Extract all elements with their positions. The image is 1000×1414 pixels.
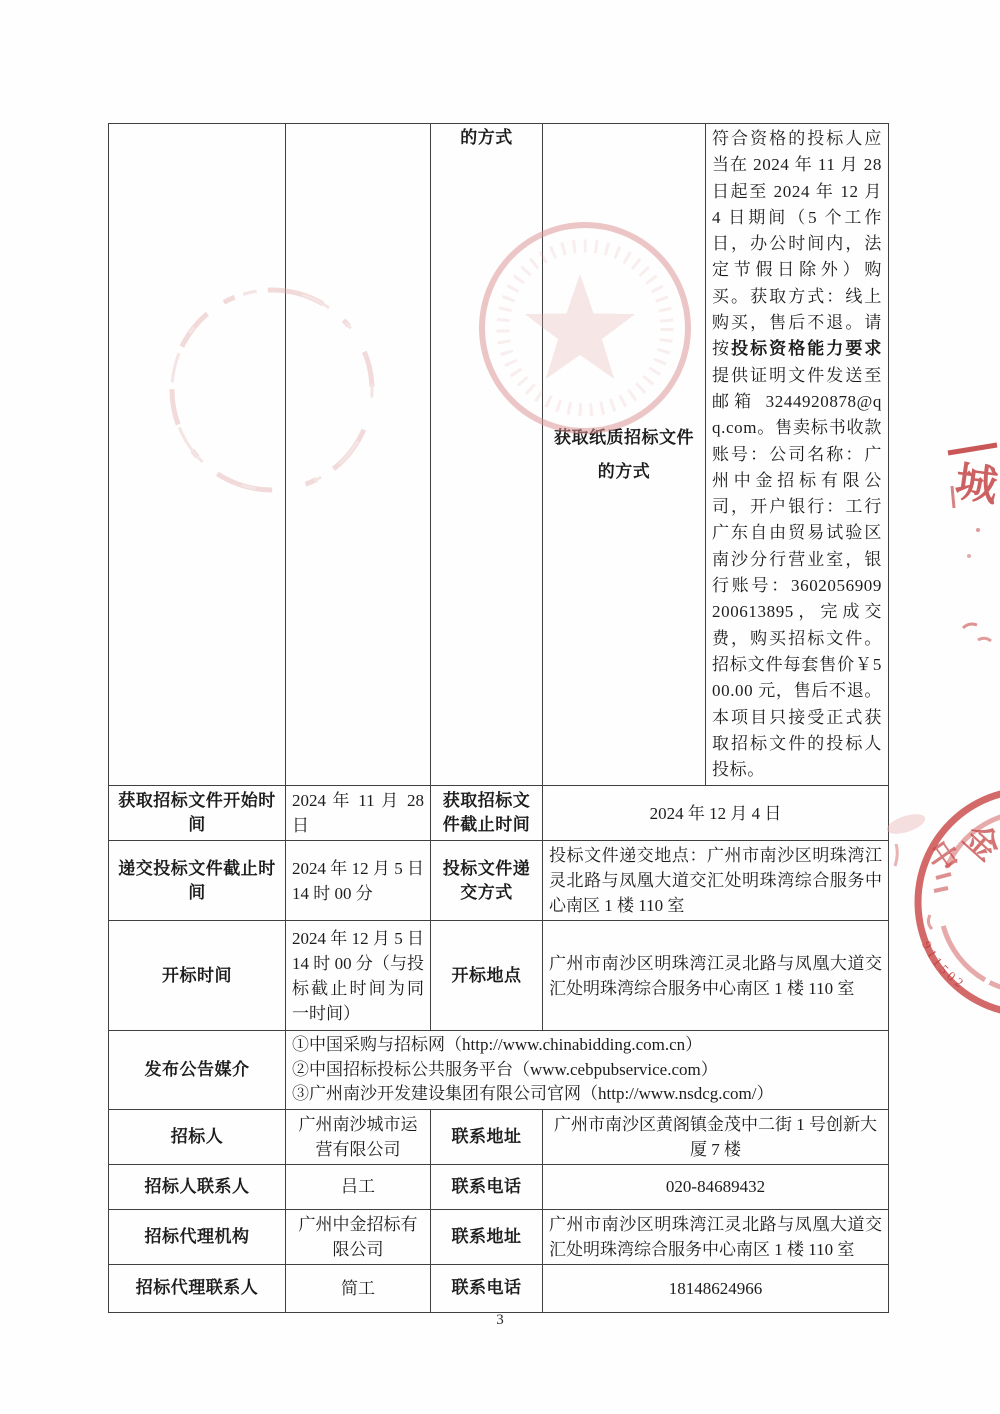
tenderer-address-label: 联系地址 xyxy=(431,1109,543,1164)
empty-cell xyxy=(286,124,431,786)
delivery-method-value: 投标文件递交地点：广州市南沙区明珠湾江灵北路与凤凰大道交汇处明珠湾综合服务中心南… xyxy=(543,841,889,921)
table-row-submission: 递交投标文件截止时间 2024 年 12 月 5 日 14 时 00 分 投标文… xyxy=(109,841,889,921)
tenderer-phone-value: 020-84689432 xyxy=(543,1164,889,1209)
empty-cell xyxy=(109,124,286,786)
opening-place-value: 广州市南沙区明珠湾江灵北路与凤凰大道交汇处明珠湾综合服务中心南区 1 楼 110… xyxy=(543,921,889,1031)
table-row-agency-contact: 招标代理联系人 简工 联系电话 18148624966 xyxy=(109,1264,889,1312)
table-row-media: 发布公告媒介 ①中国采购与招标网（http://www.chinabidding… xyxy=(109,1031,889,1110)
tenderer-contact-label: 招标人联系人 xyxy=(109,1164,286,1209)
paper-doc-method-label: 获取纸质招标文件的方式 xyxy=(543,124,706,786)
agency-address-value: 广州市南沙区明珠湾江灵北路与凤凰大道交汇处明珠湾综合服务中心南区 1 楼 110… xyxy=(543,1209,889,1264)
paragraph-part1: 符合资格的投标人应当在 2024 年 11 月 28 日起至 2024 年 12… xyxy=(712,129,882,358)
page-number: 3 xyxy=(0,1312,1000,1329)
doc-deadline-label: 获取招标文件截止时间 xyxy=(431,786,543,841)
table-row-continuation: 的方式 获取纸质招标文件的方式 符合资格的投标人应当在 2024 年 11 月 … xyxy=(109,124,889,786)
opening-time-label: 开标时间 xyxy=(109,921,286,1031)
media-list: ①中国采购与招标网（http://www.chinabidding.com.cn… xyxy=(286,1031,889,1110)
media-item-3: ③广州南沙开发建设集团有限公司官网（http://www.nsdcg.com/） xyxy=(292,1082,882,1107)
doc-deadline-value: 2024 年 12 月 4 日 xyxy=(543,786,889,841)
submit-deadline-label: 递交投标文件截止时间 xyxy=(109,841,286,921)
media-label: 发布公告媒介 xyxy=(109,1031,286,1110)
table-row-agency: 招标代理机构 广州中金招标有限公司 联系地址 广州市南沙区明珠湾江灵北路与凤凰大… xyxy=(109,1209,889,1264)
partial-seal-digits: 911502 xyxy=(919,939,969,993)
agency-contact-value: 简工 xyxy=(286,1264,431,1312)
agency-address-label: 联系地址 xyxy=(431,1209,543,1264)
paragraph-bold: 投标资格能力要求 xyxy=(731,339,882,358)
agency-label: 招标代理机构 xyxy=(109,1209,286,1264)
opening-place-label: 开标地点 xyxy=(431,921,543,1031)
tenderer-contact-value: 吕工 xyxy=(286,1164,431,1209)
agency-phone-value: 18148624966 xyxy=(543,1264,889,1312)
agency-phone-label: 联系电话 xyxy=(431,1264,543,1312)
submit-deadline-value: 2024 年 12 月 5 日 14 时 00 分 xyxy=(286,841,431,921)
doc-start-label: 获取招标文件开始时间 xyxy=(109,786,286,841)
tender-info-table: 的方式 获取纸质招标文件的方式 符合资格的投标人应当在 2024 年 11 月 … xyxy=(108,123,889,1313)
right-stamp-fragment: 城 xyxy=(948,445,1000,641)
table-row-opening: 开标时间 2024 年 12 月 5 日 14 时 00 分（与投标截止时间为同… xyxy=(109,921,889,1031)
media-item-1: ①中国采购与招标网（http://www.chinabidding.com.cn… xyxy=(292,1033,882,1058)
svg-text:911502: 911502 xyxy=(919,939,969,993)
paragraph-part2: 提供证明文件发送至邮箱 3244920878@qq.com。售卖标书收款账号：公… xyxy=(712,366,882,779)
tenderer-value: 广州南沙城市运营有限公司 xyxy=(286,1109,431,1164)
tenderer-address-value: 广州市南沙区黄阁镇金茂中二街 1 号创新大厦 7 楼 xyxy=(543,1109,889,1164)
doc-start-value: 2024 年 11 月 28 日 xyxy=(286,786,431,841)
continued-label-cell: 的方式 xyxy=(431,124,543,786)
partial-seal-char-zhong: 中 xyxy=(920,835,964,879)
table-row-tenderer: 招标人 广州南沙城市运营有限公司 联系地址 广州市南沙区黄阁镇金茂中二街 1 号… xyxy=(109,1109,889,1164)
agency-contact-label: 招标代理联系人 xyxy=(109,1264,286,1312)
table-row-doc-dates: 获取招标文件开始时间 2024 年 11 月 28 日 获取招标文件截止时间 2… xyxy=(109,786,889,841)
media-item-2: ②中国招标投标公共服务平台（www.cebpubservice.com） xyxy=(292,1058,882,1083)
table-row-tenderer-contact: 招标人联系人 吕工 联系电话 020-84689432 xyxy=(109,1164,889,1209)
delivery-method-label: 投标文件递交方式 xyxy=(431,841,543,921)
right-partial-seal: 金 中 911502 xyxy=(885,779,1000,1025)
paper-doc-method-text: 符合资格的投标人应当在 2024 年 11 月 28 日起至 2024 年 12… xyxy=(706,124,889,786)
document-page: 的方式 获取纸质招标文件的方式 符合资格的投标人应当在 2024 年 11 月 … xyxy=(0,0,1000,1414)
partial-seal-char-jin: 金 xyxy=(956,817,1000,868)
agency-value: 广州中金招标有限公司 xyxy=(286,1209,431,1264)
opening-time-value: 2024 年 12 月 5 日 14 时 00 分（与投标截止时间为同一时间） xyxy=(286,921,431,1031)
tenderer-label: 招标人 xyxy=(109,1109,286,1164)
tenderer-phone-label: 联系电话 xyxy=(431,1164,543,1209)
fragment-char: 城 xyxy=(952,460,1000,511)
